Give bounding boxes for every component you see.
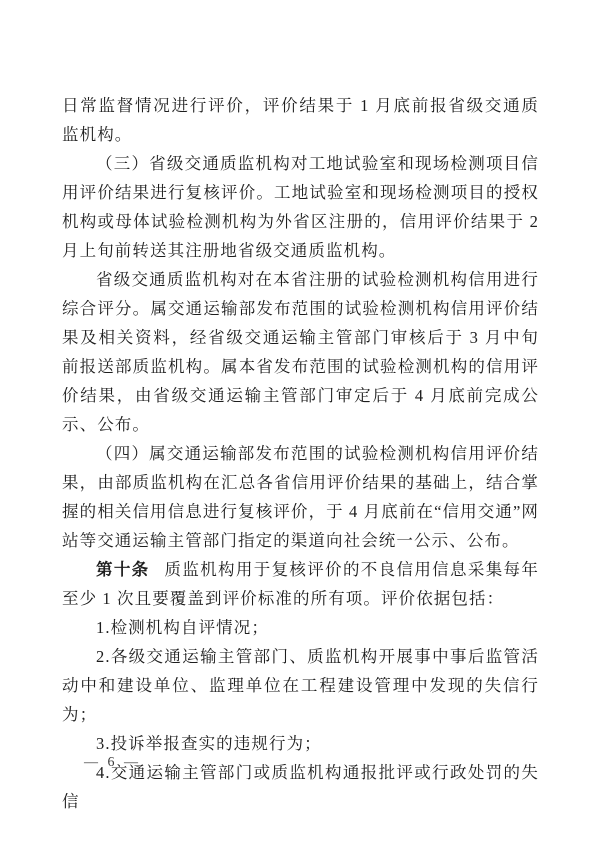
paragraph: 1.检测机构自评情况； — [62, 613, 539, 642]
article-number: 第十条 — [96, 560, 150, 579]
paragraph: 2.各级交通运输主管部门、质监机构开展事中事后监管活动中和建设单位、监理单位在工… — [62, 642, 539, 729]
page-number: — 6 — — [84, 755, 141, 770]
paragraph: 省级交通质监机构对在本省注册的试验检测机构信用进行综合评分。属交通运输部发布范围… — [62, 265, 539, 439]
paragraph-text: 1.检测机构自评情况； — [96, 618, 269, 637]
paragraph-text: （四）属交通运输部发布范围的试验检测机构信用评价结果，由部质监机构在汇总各省信用… — [62, 444, 539, 550]
paragraph-text: 3.投诉举报查实的违规行为； — [96, 734, 322, 753]
paragraph-text: 省级交通质监机构对在本省注册的试验检测机构信用进行综合评分。属交通运输部发布范围… — [62, 270, 539, 434]
paragraph: 日常监督情况进行评价，评价结果于 1 月底前报省级交通质监机构。 — [62, 91, 539, 149]
paragraph: （三）省级交通质监机构对工地试验室和现场检测项目信用评价结果进行复核评价。工地试… — [62, 149, 539, 265]
document-body: 日常监督情况进行评价，评价结果于 1 月底前报省级交通质监机构。（三）省级交通质… — [62, 91, 539, 816]
paragraph-text: （三）省级交通质监机构对工地试验室和现场检测项目信用评价结果进行复核评价。工地试… — [62, 154, 539, 260]
document-page: 日常监督情况进行评价，评价结果于 1 月底前报省级交通质监机构。（三）省级交通质… — [0, 0, 600, 848]
paragraph: 第十条质监机构用于复核评价的不良信用信息采集每年至少 1 次且要覆盖到评价标准的… — [62, 555, 539, 613]
paragraph: 3.投诉举报查实的违规行为； — [62, 729, 539, 758]
paragraph-text: 2.各级交通运输主管部门、质监机构开展事中事后监管活动中和建设单位、监理单位在工… — [62, 647, 539, 724]
page-footer: — 6 — — [84, 755, 141, 771]
paragraph-text: 日常监督情况进行评价，评价结果于 1 月底前报省级交通质监机构。 — [62, 96, 539, 144]
paragraph: （四）属交通运输部发布范围的试验检测机构信用评价结果，由部质监机构在汇总各省信用… — [62, 439, 539, 555]
